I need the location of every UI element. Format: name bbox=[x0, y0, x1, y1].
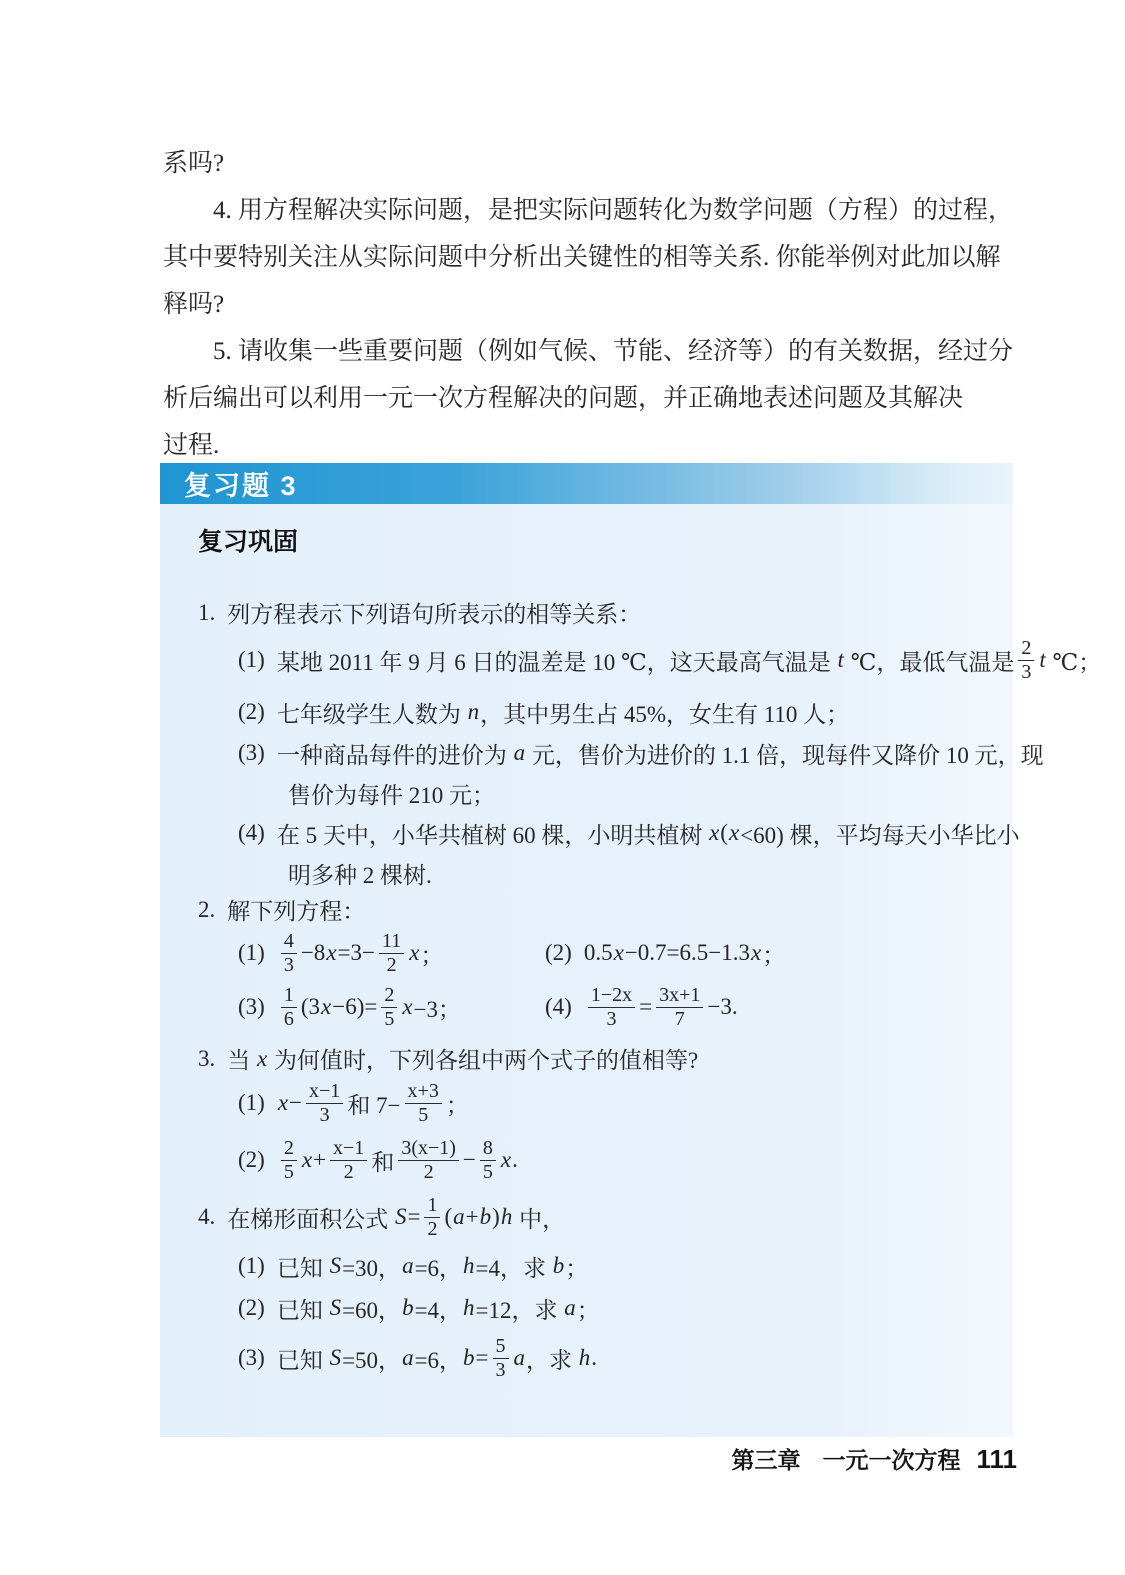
fraction: 3(x−1)2 bbox=[398, 1137, 459, 1184]
item-number: (4) bbox=[545, 994, 572, 1020]
problem-number: 3. bbox=[198, 1046, 215, 1072]
review-section-header-bar: 复习题 3 bbox=[160, 463, 1013, 504]
math-text: + bbox=[466, 1204, 479, 1230]
math-variable: x bbox=[408, 940, 420, 966]
fraction-denominator: 5 bbox=[381, 1008, 397, 1031]
math-text: 已知 bbox=[277, 1250, 329, 1283]
fraction-numerator: 2 bbox=[381, 984, 397, 1008]
math-variable: a bbox=[401, 1345, 415, 1371]
math-line: 售价为每件 210 元； bbox=[288, 777, 495, 810]
problem-4-item-2: (2) 已知 S=60，b=4，h=12，求 a； bbox=[238, 1287, 1013, 1329]
math-variable: x bbox=[728, 820, 740, 846]
math-line: 当 x 为何值时，下列各组中两个式子的值相等? bbox=[227, 1042, 698, 1075]
item-number: (2) bbox=[238, 1147, 265, 1173]
math-variable: x bbox=[613, 940, 625, 966]
fraction: 112 bbox=[379, 930, 404, 977]
math-text: ) bbox=[492, 1204, 500, 1230]
problem-1-item-4-cont: 明多种 2 棵树. bbox=[288, 853, 1013, 893]
problem-2-row-1: (1) 43−8x=3−112x； (2) 0.5x−0.7=6.5−1.3x； bbox=[238, 926, 1013, 980]
fraction: 85 bbox=[480, 1137, 496, 1184]
fraction: 16 bbox=[281, 984, 297, 1031]
math-line: x−x−13和 7−x+35； bbox=[277, 1080, 469, 1127]
math-variable: b bbox=[401, 1295, 415, 1321]
math-text: 当 bbox=[227, 1042, 256, 1075]
fraction-numerator: 8 bbox=[480, 1137, 496, 1161]
math-variable: x bbox=[256, 1046, 268, 1072]
math-line: 一种商品每件的进价为 a 元，售价为进价的 1.1 倍，现每件又降价 10 元，… bbox=[277, 737, 1044, 770]
item-number: (3) bbox=[238, 994, 265, 1020]
item-number: (2) bbox=[238, 699, 265, 725]
textbook-page: 系吗? 4. 用方程解决实际问题，是把实际问题转化为数学问题（方程）的过程， 其… bbox=[0, 0, 1125, 1575]
chapter-label: 第三章 bbox=[731, 1442, 800, 1475]
panel-subheader: 复习巩固 bbox=[198, 526, 1013, 558]
math-text: ℃，最低气温是 bbox=[845, 644, 1014, 677]
fraction-numerator: x−1 bbox=[306, 1080, 343, 1104]
math-line: 0.5x−0.7=6.5−1.3x； bbox=[584, 937, 785, 970]
math-text: =12，求 bbox=[476, 1292, 564, 1325]
math-text: =4， bbox=[415, 1292, 462, 1325]
math-text: ℃； bbox=[1047, 644, 1101, 677]
math-text: 和 7− bbox=[347, 1087, 400, 1120]
math-text: 为何值时，下列各组中两个式子的值相等? bbox=[268, 1042, 698, 1075]
math-text: 解下列方程： bbox=[227, 893, 365, 926]
math-text: −3. bbox=[707, 994, 737, 1020]
math-text: (3 bbox=[301, 994, 320, 1020]
problem-3-title: 3. 当 x 为何值时，下列各组中两个式子的值相等? bbox=[198, 1042, 1013, 1075]
page-footer: 第三章 一元一次方程 111 bbox=[731, 1442, 1017, 1475]
math-variable: x bbox=[708, 820, 720, 846]
math-text: =4，求 bbox=[476, 1250, 552, 1283]
fraction-numerator: 1 bbox=[424, 1194, 440, 1218]
math-text: 售价为每件 210 元； bbox=[288, 777, 495, 810]
item-number: (3) bbox=[238, 1345, 265, 1371]
math-text: ； bbox=[420, 937, 443, 970]
math-text: 七年级学生人数为 bbox=[277, 696, 467, 729]
math-text: −0.7=6.5−1.3 bbox=[625, 940, 750, 966]
page-number: 111 bbox=[976, 1444, 1017, 1475]
math-variable: a bbox=[401, 1253, 415, 1279]
fraction: 23 bbox=[1018, 637, 1034, 684]
problem-1-item-3: (3) 一种商品每件的进价为 a 元，售价为进价的 1.1 倍，现每件又降价 1… bbox=[238, 733, 1013, 773]
math-text: 在 5 天中，小华共植树 60 棵，小明共植树 bbox=[277, 817, 708, 850]
math-text: 中， bbox=[513, 1201, 565, 1234]
math-line: 43−8x=3−112x； bbox=[277, 930, 444, 977]
problem-2-item-2: (2) 0.5x−0.7=6.5−1.3x； bbox=[545, 937, 785, 970]
math-variable: x bbox=[277, 1090, 289, 1116]
math-text: = bbox=[476, 1345, 489, 1371]
math-variable: x bbox=[325, 940, 337, 966]
math-text: + bbox=[313, 1147, 326, 1173]
math-variable: h bbox=[462, 1253, 476, 1279]
item-number: (1) bbox=[238, 1090, 265, 1116]
math-text: 0.5 bbox=[584, 940, 613, 966]
item-number: (1) bbox=[238, 940, 265, 966]
fraction-numerator: 2 bbox=[281, 1137, 297, 1161]
math-text: 已知 bbox=[277, 1292, 329, 1325]
problem-3-item-1: (1) x−x−13和 7−x+35； bbox=[238, 1075, 1013, 1131]
fraction-denominator: 3 bbox=[493, 1359, 509, 1382]
math-variable: x bbox=[301, 1147, 313, 1173]
math-text: . bbox=[591, 1345, 597, 1371]
math-line: 解下列方程： bbox=[227, 893, 365, 926]
item-number: (2) bbox=[238, 1295, 265, 1321]
math-variable: n bbox=[467, 699, 481, 725]
intro-line: 释吗? bbox=[163, 281, 1015, 328]
fraction-denominator: 3 bbox=[317, 1104, 333, 1127]
problem-4-item-1: (1) 已知 S=30，a=6，h=4，求 b； bbox=[238, 1245, 1013, 1287]
math-variable: a bbox=[513, 1345, 527, 1371]
math-text: =3− bbox=[338, 940, 375, 966]
problem-2-item-1: (1) 43−8x=3−112x； bbox=[238, 930, 545, 977]
math-text: <60) 棵，平均每天小华比小 bbox=[740, 817, 1019, 850]
math-variable: S bbox=[329, 1253, 343, 1279]
math-text: ； bbox=[577, 1292, 600, 1325]
math-text: =6， bbox=[415, 1342, 462, 1375]
fraction-denominator: 2 bbox=[341, 1161, 357, 1184]
fraction-numerator: x−1 bbox=[330, 1137, 367, 1161]
math-variable: a bbox=[563, 1295, 577, 1321]
fraction-numerator: 4 bbox=[281, 930, 297, 954]
math-variable: h bbox=[462, 1295, 476, 1321]
problem-1-item-4: (4) 在 5 天中，小华共植树 60 棵，小明共植树 x(x<60) 棵，平均… bbox=[238, 813, 1013, 853]
math-variable: t bbox=[1038, 647, 1046, 673]
math-variable: h bbox=[578, 1345, 592, 1371]
math-text: 和 bbox=[371, 1144, 394, 1177]
math-line: 已知 S=50，a=6，b=53a，求 h. bbox=[277, 1335, 597, 1382]
fraction-numerator: 1 bbox=[281, 984, 297, 1008]
intro-line: 析后编出可以利用一元一次方程解决的问题，并正确地表述问题及其解决 bbox=[163, 375, 1015, 422]
problem-3-item-2: (2) 25x+x−12和3(x−1)2−85x. bbox=[238, 1131, 1013, 1189]
math-variable: b bbox=[462, 1345, 476, 1371]
math-line: 25x+x−12和3(x−1)2−85x. bbox=[277, 1137, 518, 1184]
fraction: x+35 bbox=[405, 1080, 442, 1127]
intro-paragraphs: 系吗? 4. 用方程解决实际问题，是把实际问题转化为数学问题（方程）的过程， 其… bbox=[163, 140, 1015, 469]
fraction-denominator: 3 bbox=[281, 954, 297, 977]
math-line: 某地 2011 年 9 月 6 日的温差是 10 ℃，这天最高气温是 t ℃，最… bbox=[277, 637, 1101, 684]
problem-2-row-2: (3) 16(3x−6)=25x−3； (4) 1−2x3=3x+17−3. bbox=[238, 980, 1013, 1034]
math-text: ； bbox=[762, 937, 785, 970]
fraction: 12 bbox=[424, 1194, 440, 1241]
fraction: 53 bbox=[493, 1335, 509, 1382]
math-variable: S bbox=[394, 1204, 408, 1230]
math-text: ； bbox=[446, 1087, 469, 1120]
math-text: =50， bbox=[342, 1342, 401, 1375]
problem-2-item-4: (4) 1−2x3=3x+17−3. bbox=[545, 984, 738, 1031]
problem-1-item-1: (1) 某地 2011 年 9 月 6 日的温差是 10 ℃，这天最高气温是 t… bbox=[238, 629, 1013, 691]
math-text: ； bbox=[565, 1250, 588, 1283]
fraction-numerator: 3(x−1) bbox=[398, 1137, 459, 1161]
intro-line: 系吗? bbox=[163, 140, 1015, 187]
math-variable: a bbox=[452, 1204, 466, 1230]
math-text: 明多种 2 棵树. bbox=[288, 857, 432, 890]
fraction-denominator: 3 bbox=[1018, 661, 1034, 684]
intro-line: 过程. bbox=[163, 422, 1015, 469]
fraction-denominator: 6 bbox=[281, 1008, 297, 1031]
fraction: x−12 bbox=[330, 1137, 367, 1184]
fraction: 43 bbox=[281, 930, 297, 977]
math-variable: b bbox=[552, 1253, 566, 1279]
math-text: = bbox=[639, 994, 652, 1020]
fraction-denominator: 2 bbox=[424, 1218, 440, 1241]
intro-line: 5. 请收集一些重要问题（例如气候、节能、经济等）的有关数据，经过分 bbox=[163, 328, 1015, 375]
math-text: ，其中男生占 45%，女生有 110 人； bbox=[480, 696, 849, 729]
math-text: =60， bbox=[342, 1292, 401, 1325]
math-text: 在梯形面积公式 bbox=[227, 1201, 394, 1234]
item-number: (1) bbox=[238, 647, 265, 673]
problem-number: 1. bbox=[198, 600, 215, 626]
math-text: 一种商品每件的进价为 bbox=[277, 737, 513, 770]
math-text: ，求 bbox=[526, 1342, 578, 1375]
math-variable: x bbox=[750, 940, 762, 966]
math-variable: x bbox=[401, 994, 413, 1020]
fraction-denominator: 2 bbox=[421, 1161, 437, 1184]
fraction-denominator: 3 bbox=[603, 1008, 619, 1031]
math-variable: t bbox=[836, 647, 844, 673]
fraction-denominator: 7 bbox=[672, 1008, 688, 1031]
fraction-numerator: x+3 bbox=[405, 1080, 442, 1104]
math-text: −6)= bbox=[332, 994, 377, 1020]
math-line: 已知 S=60，b=4，h=12，求 a； bbox=[277, 1292, 600, 1325]
fraction: x−13 bbox=[306, 1080, 343, 1127]
math-line: 明多种 2 棵树. bbox=[288, 857, 432, 890]
review-panel: 复习巩固 1. 列方程表示下列语句所表示的相等关系： (1) 某地 2011 年… bbox=[160, 504, 1013, 1437]
section-title: 复习题 3 bbox=[160, 464, 298, 503]
problem-number: 4. bbox=[198, 1204, 215, 1230]
fraction-denominator: 5 bbox=[415, 1104, 431, 1127]
math-text: = bbox=[408, 1204, 421, 1230]
math-line: 已知 S=30，a=6，h=4，求 b； bbox=[277, 1250, 588, 1283]
math-text: ( bbox=[720, 820, 728, 846]
math-text: =6， bbox=[415, 1250, 462, 1283]
math-text: 已知 bbox=[277, 1342, 329, 1375]
problem-4-item-3: (3) 已知 S=50，a=6，b=53a，求 h. bbox=[238, 1329, 1013, 1387]
math-text: − bbox=[289, 1090, 302, 1116]
problem-2-title: 2. 解下列方程： bbox=[198, 893, 1013, 926]
math-text: ( bbox=[444, 1204, 452, 1230]
fraction: 3x+17 bbox=[656, 984, 703, 1031]
fraction: 25 bbox=[381, 984, 397, 1031]
intro-line: 4. 用方程解决实际问题，是把实际问题转化为数学问题（方程）的过程， bbox=[163, 187, 1015, 234]
fraction: 1−2x3 bbox=[588, 984, 635, 1031]
problem-1-title: 1. 列方程表示下列语句所表示的相等关系： bbox=[198, 596, 1013, 629]
fraction-denominator: 2 bbox=[384, 954, 400, 977]
math-line: 在梯形面积公式 S=12(a+b)h 中， bbox=[227, 1194, 565, 1241]
fraction-denominator: 5 bbox=[281, 1161, 297, 1184]
fraction: 25 bbox=[281, 1137, 297, 1184]
math-line: 在 5 天中，小华共植树 60 棵，小明共植树 x(x<60) 棵，平均每天小华… bbox=[277, 817, 1020, 850]
math-text: 列方程表示下列语句所表示的相等关系： bbox=[227, 596, 641, 629]
problem-1-item-3-cont: 售价为每件 210 元； bbox=[288, 773, 1013, 813]
intro-line: 其中要特别关注从实际问题中分析出关键性的相等关系. 你能举例对此加以解 bbox=[163, 234, 1015, 281]
problem-number: 2. bbox=[198, 897, 215, 923]
math-text: −8 bbox=[301, 940, 325, 966]
math-text: =30， bbox=[342, 1250, 401, 1283]
math-variable: x bbox=[320, 994, 332, 1020]
fraction-numerator: 3x+1 bbox=[656, 984, 703, 1008]
math-line: 1−2x3=3x+17−3. bbox=[584, 984, 738, 1031]
item-number: (2) bbox=[545, 940, 572, 966]
math-variable: b bbox=[479, 1204, 493, 1230]
item-number: (1) bbox=[238, 1253, 265, 1279]
math-line: 列方程表示下列语句所表示的相等关系： bbox=[227, 596, 641, 629]
math-text: 某地 2011 年 9 月 6 日的温差是 10 ℃，这天最高气温是 bbox=[277, 644, 837, 677]
math-text: − bbox=[463, 1147, 476, 1173]
math-variable: h bbox=[500, 1204, 514, 1230]
math-variable: S bbox=[329, 1295, 343, 1321]
problem-2-item-3: (3) 16(3x−6)=25x−3； bbox=[238, 984, 545, 1031]
math-line: 16(3x−6)=25x−3； bbox=[277, 984, 461, 1031]
math-text: −3； bbox=[414, 991, 461, 1024]
math-text: . bbox=[512, 1147, 518, 1173]
fraction-numerator: 5 bbox=[493, 1335, 509, 1359]
problem-1-item-2: (2) 七年级学生人数为 n，其中男生占 45%，女生有 110 人； bbox=[238, 691, 1013, 733]
fraction-numerator: 2 bbox=[1018, 637, 1034, 661]
fraction-numerator: 11 bbox=[379, 930, 404, 954]
fraction-denominator: 5 bbox=[480, 1161, 496, 1184]
math-variable: S bbox=[329, 1345, 343, 1371]
chapter-title: 一元一次方程 bbox=[822, 1442, 960, 1475]
fraction-numerator: 1−2x bbox=[588, 984, 635, 1008]
math-variable: a bbox=[513, 740, 527, 766]
math-variable: x bbox=[500, 1147, 512, 1173]
math-text: 元，售价为进价的 1.1 倍，现每件又降价 10 元，现 bbox=[526, 737, 1044, 770]
math-line: 七年级学生人数为 n，其中男生占 45%，女生有 110 人； bbox=[277, 696, 849, 729]
item-number: (3) bbox=[238, 740, 265, 766]
item-number: (4) bbox=[238, 820, 265, 846]
problem-4-title: 4. 在梯形面积公式 S=12(a+b)h 中， bbox=[198, 1189, 1013, 1245]
